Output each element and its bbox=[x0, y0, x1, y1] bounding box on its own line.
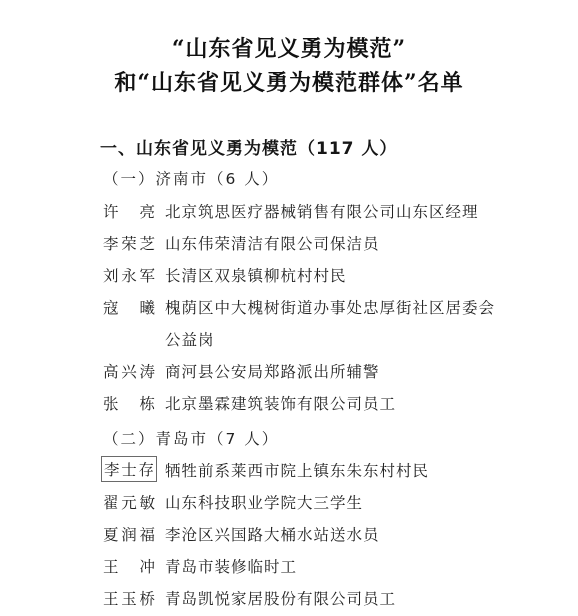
person-description-continued: 公益岗 bbox=[165, 328, 215, 350]
section-heading: 一、山东省见义勇为模范（117 人） bbox=[100, 134, 397, 159]
person-name: 翟 元 敏 bbox=[103, 491, 155, 513]
person-description: 山东科技职业学院大三学生 bbox=[165, 491, 363, 513]
person-description: 北京筑思医疗器械销售有限公司山东区经理 bbox=[165, 200, 479, 222]
person-description: 长清区双泉镇柳杭村村民 bbox=[165, 264, 347, 286]
person-name: 寇 曦 bbox=[103, 296, 155, 318]
person-name: 许 亮 bbox=[103, 200, 155, 222]
person-name-highlighted: 李 士 存 bbox=[101, 456, 157, 482]
person-description: 商河县公安局郑路派出所辅警 bbox=[165, 360, 380, 382]
list-item: 张 栋 北京墨霖建筑装饰有限公司员工 bbox=[0, 392, 578, 416]
list-item: 寇 曦 槐荫区中大槐树街道办事处忠厚街社区居委会 bbox=[0, 296, 578, 320]
person-name: 王 玉 桥 bbox=[103, 587, 155, 609]
list-item: 王 冲 青岛市装修临时工 bbox=[0, 555, 578, 579]
group-heading-jinan: （一）济南市（6 人） bbox=[103, 167, 279, 189]
person-name: 夏 润 福 bbox=[103, 523, 155, 545]
title-line-2: 和“山东省见义勇为模范群体”名单 bbox=[0, 66, 578, 97]
person-description: 槐荫区中大槐树街道办事处忠厚街社区居委会 bbox=[165, 296, 495, 318]
list-item: 刘 永 军 长清区双泉镇柳杭村村民 bbox=[0, 264, 578, 288]
person-description: 青岛凯悦家居股份有限公司员工 bbox=[165, 587, 396, 609]
person-name: 李 荣 芝 bbox=[103, 232, 155, 254]
person-description: 山东伟荣清洁有限公司保洁员 bbox=[165, 232, 380, 254]
group-heading-qingdao: （二）青岛市（7 人） bbox=[103, 427, 279, 449]
list-item: 许 亮 北京筑思医疗器械销售有限公司山东区经理 bbox=[0, 200, 578, 224]
list-item: 李 士 存 牺牲前系莱西市院上镇东朱东村村民 bbox=[0, 459, 578, 483]
list-item: 高 兴 涛 商河县公安局郑路派出所辅警 bbox=[0, 360, 578, 384]
list-item: 李 荣 芝 山东伟荣清洁有限公司保洁员 bbox=[0, 232, 578, 256]
person-description: 青岛市装修临时工 bbox=[165, 555, 297, 577]
person-description: 牺牲前系莱西市院上镇东朱东村村民 bbox=[165, 459, 429, 481]
list-item: 翟 元 敏 山东科技职业学院大三学生 bbox=[0, 491, 578, 515]
list-item-continuation: 公益岗 bbox=[0, 328, 578, 352]
list-item: 夏 润 福 李沧区兴国路大桶水站送水员 bbox=[0, 523, 578, 547]
person-name: 高 兴 涛 bbox=[103, 360, 155, 382]
person-name: 刘 永 军 bbox=[103, 264, 155, 286]
person-name: 王 冲 bbox=[103, 555, 155, 577]
list-item: 王 玉 桥 青岛凯悦家居股份有限公司员工 bbox=[0, 587, 578, 611]
person-name: 张 栋 bbox=[103, 392, 155, 414]
person-description: 北京墨霖建筑装饰有限公司员工 bbox=[165, 392, 396, 414]
title-line-1: “山东省见义勇为模范” bbox=[0, 32, 578, 63]
person-description: 李沧区兴国路大桶水站送水员 bbox=[165, 523, 380, 545]
